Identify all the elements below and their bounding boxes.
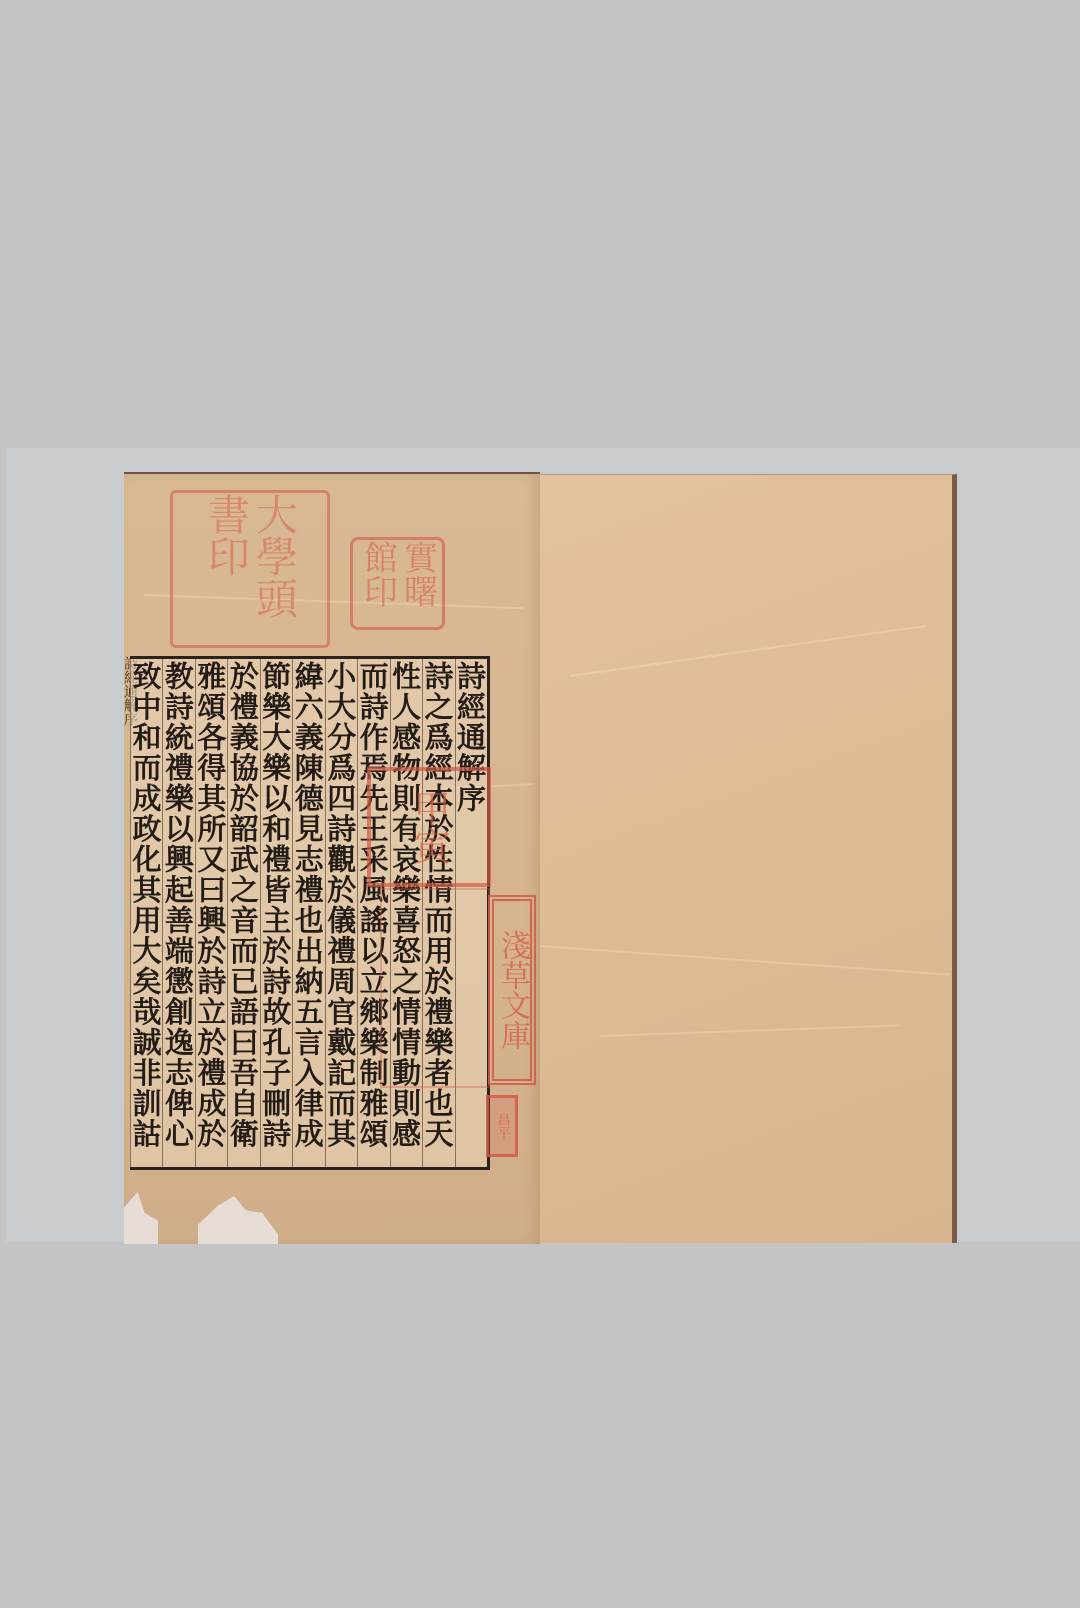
- right-page: [540, 474, 957, 1243]
- bottom-small-seal: 昌平: [486, 1095, 518, 1157]
- text-column: 緯六義陳德見志禮也出納五言入律成音樂也行禮以: [292, 659, 324, 1167]
- small-square-seal: 實曙館印: [350, 537, 445, 630]
- asakusa-bunko-seal: 淺草文庫: [488, 895, 536, 1085]
- faint-seal: [380, 888, 490, 1088]
- paper-crease: [570, 625, 927, 677]
- text-column: 小大分爲四詩觀於儀禮周官戴記而其用見矣是故經: [325, 659, 357, 1167]
- text-column: 於禮義協於韶武之音而已語曰吾自衛反魯然後樂正: [227, 659, 259, 1167]
- center-seal: 甲寅: [367, 767, 491, 887]
- paper-crease: [600, 1025, 900, 1037]
- text-column: 致中和而成政化其用大矣哉誠非訓詁之所能盡也史: [130, 659, 162, 1167]
- text-column: 教詩統禮樂以興起善端懲創逸志俾心思一於無邪斯: [162, 659, 194, 1167]
- large-square-seal: 大學頭書印: [170, 490, 330, 648]
- text-column: 雅頌各得其所又曰興於詩立於禮成於樂是則大學之: [195, 659, 227, 1167]
- text-column: 節樂大樂以和禮皆主於詩故孔子刪詩亦惟取其可施: [260, 659, 292, 1167]
- paper-damage: [198, 1196, 278, 1244]
- paper-damage: [124, 1192, 158, 1244]
- paper-crease: [540, 945, 949, 976]
